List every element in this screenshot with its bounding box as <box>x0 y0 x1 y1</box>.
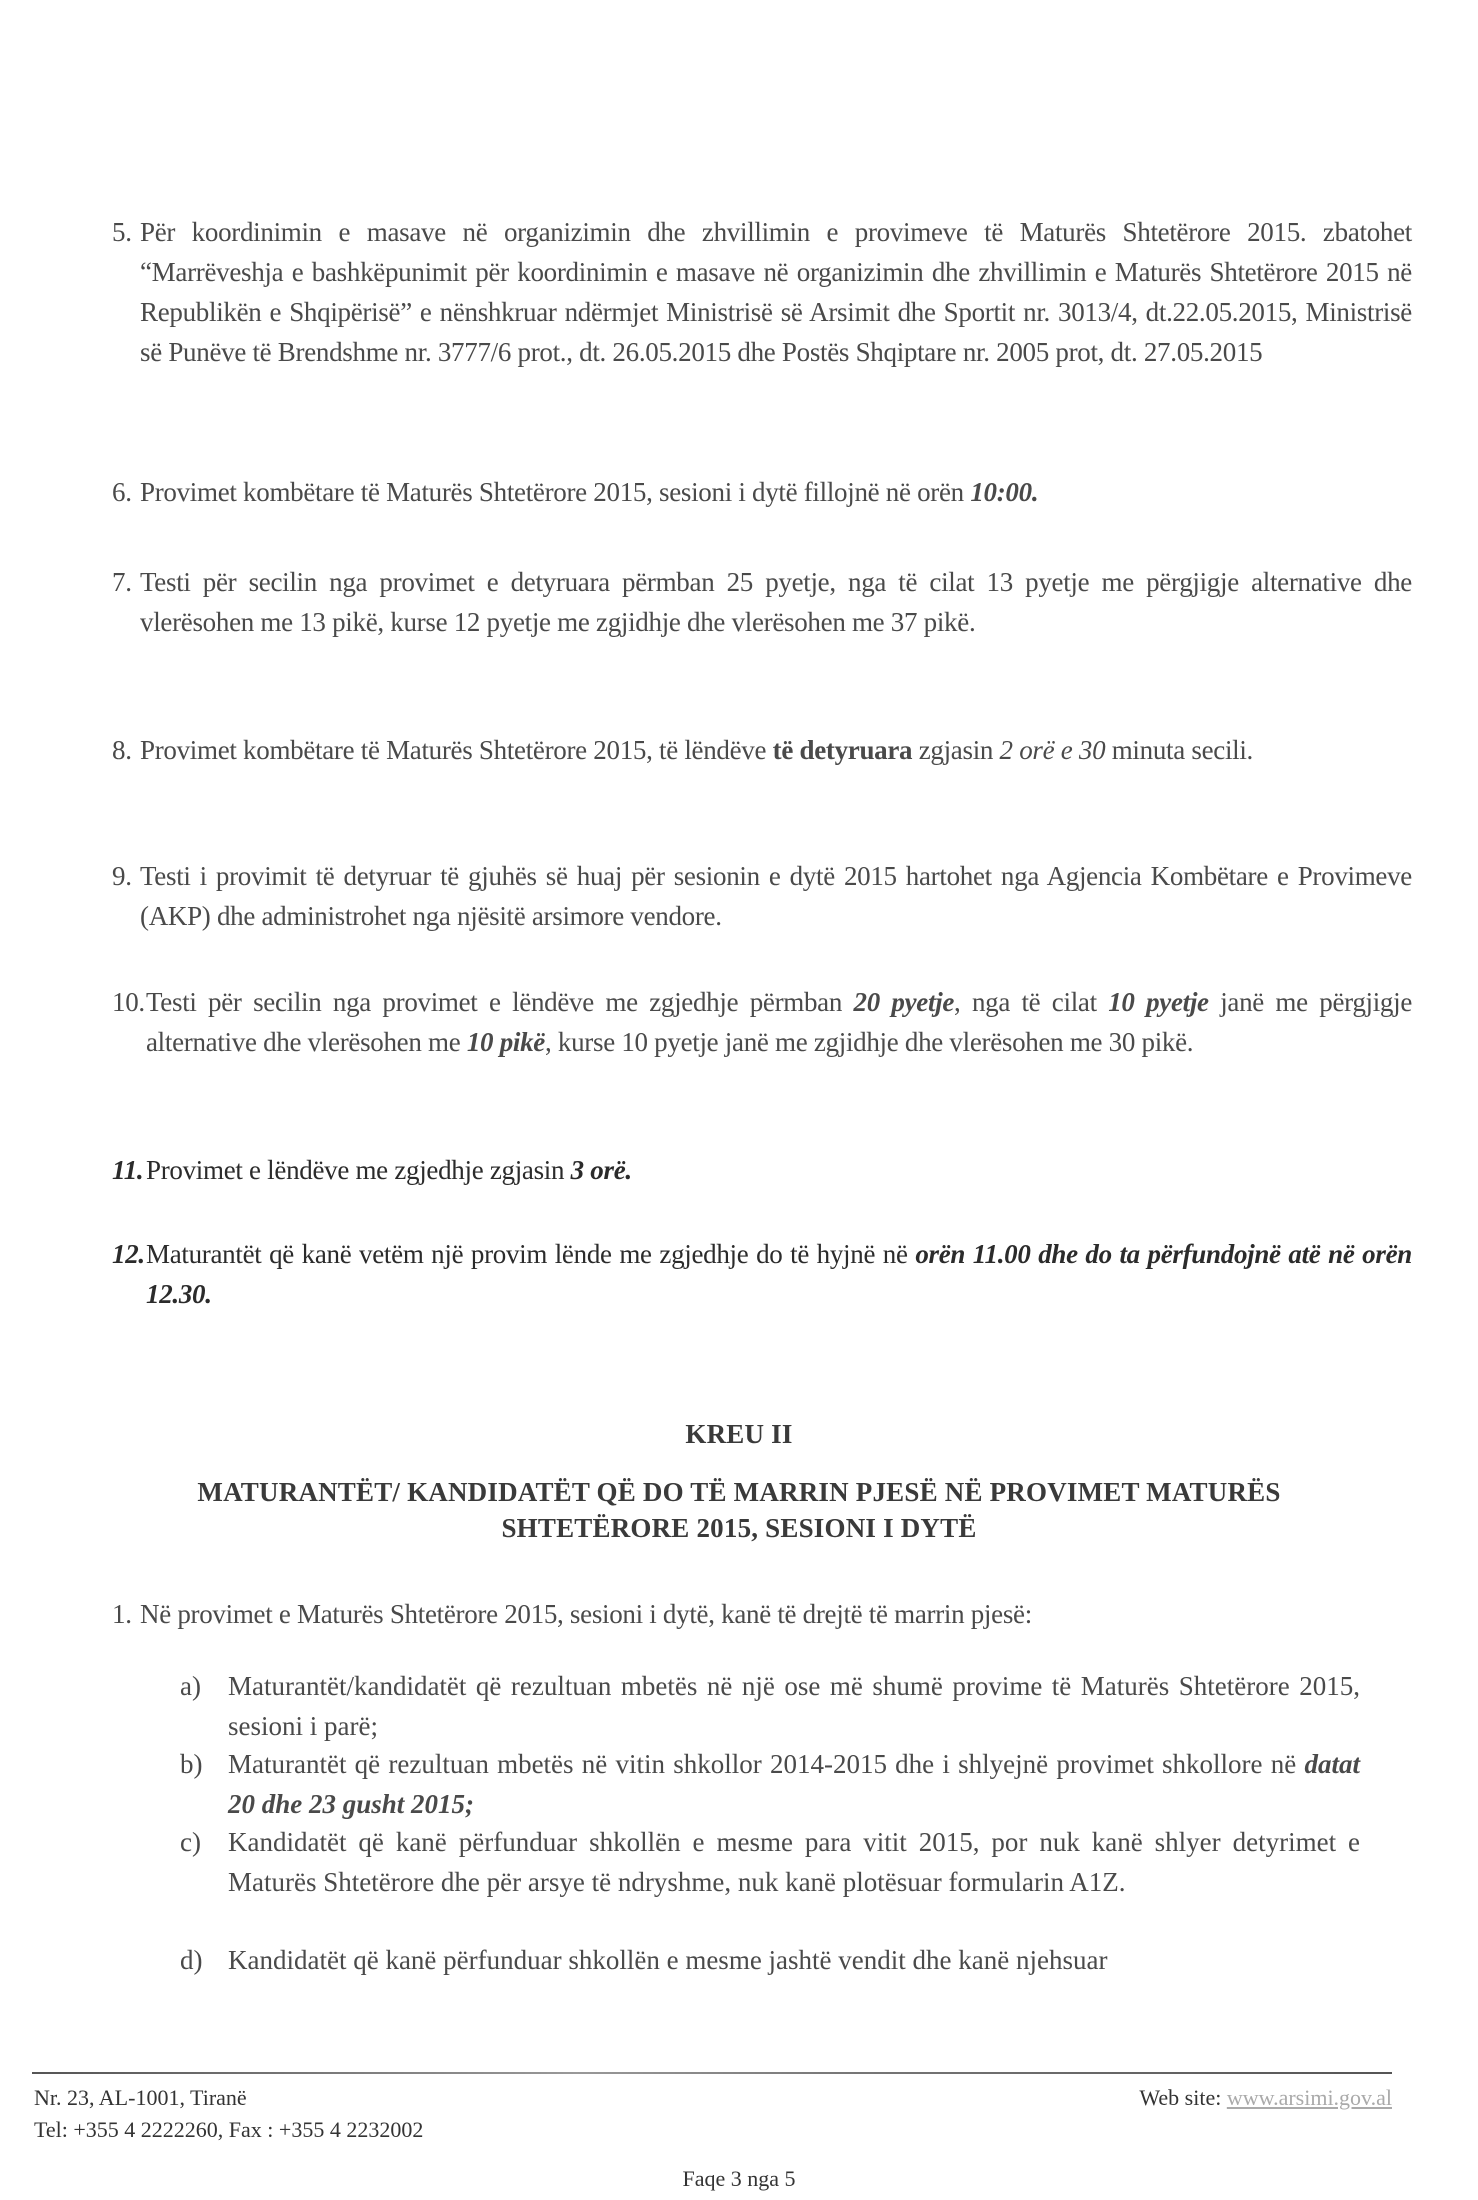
text-run: 2 orë e 30 <box>1000 735 1106 765</box>
text-run: Testi i provimit të detyruar të gjuhës s… <box>140 861 1412 931</box>
text-run: minuta secili. <box>1105 735 1253 765</box>
text-run: Për koordinimin e masave në organizimin … <box>140 217 1412 367</box>
subitem-text: Maturantët që rezultuan mbetës në vitin … <box>228 1744 1360 1824</box>
item-number: 1. <box>112 1594 152 1634</box>
subitem-label: a) <box>180 1666 201 1706</box>
list-item-7: 7. Testi për secilin nga provimet e dety… <box>112 562 1412 642</box>
item-number: 11. <box>112 1150 152 1190</box>
text-run: 20 pyetje <box>854 987 955 1017</box>
text-run: Testi për secilin nga provimet e lëndëve… <box>146 987 854 1017</box>
text-run: Maturantët që kanë vetëm një provim lënd… <box>146 1239 915 1269</box>
text-run: 10 pikë <box>467 1027 545 1057</box>
text-run: Kandidatët që kanë përfunduar shkollën e… <box>228 1945 1107 1975</box>
item-number: 5. <box>112 212 152 252</box>
subitem-text: Maturantët/kandidatët që rezultuan mbetë… <box>228 1666 1360 1746</box>
footer-website: Web site: www.arsimi.gov.al <box>1139 2082 1392 2114</box>
item-number: 7. <box>112 562 152 602</box>
footer-divider <box>32 2072 1392 2074</box>
item-text: Testi për secilin nga provimet e lëndëve… <box>146 982 1412 1062</box>
subitem-text: Kandidatët që kanë përfunduar shkollën e… <box>228 1822 1360 1902</box>
item-number: 8. <box>112 730 152 770</box>
subitem-label: b) <box>180 1744 203 1784</box>
chapter-title-line-1: MATURANTËT/ KANDIDATËT QË DO TË MARRIN P… <box>0 1474 1478 1510</box>
document-page: 5. Për koordinimin e masave në organizim… <box>0 0 1478 2200</box>
footer-phone-fax: Tel: +355 4 2222260, Fax : +355 4 223200… <box>34 2114 423 2146</box>
item-number: 6. <box>112 472 152 512</box>
website-label: Web site: <box>1139 2085 1226 2110</box>
text-run: Maturantët/kandidatët që rezultuan mbetë… <box>228 1671 1360 1741</box>
chapter-item-1: 1. Në provimet e Maturës Shtetërore 2015… <box>112 1594 1412 1634</box>
text-run: 10:00. <box>970 477 1038 507</box>
text-run: , nga të cilat <box>954 987 1108 1017</box>
item-text: Provimet kombëtare të Maturës Shtetërore… <box>140 730 1412 770</box>
page-number: Faqe 3 nga 5 <box>0 2166 1478 2192</box>
subitem-label: c) <box>180 1822 201 1862</box>
list-item-9: 9. Testi i provimit të detyruar të gjuhë… <box>112 856 1412 936</box>
subitem-text: Kandidatët që kanë përfunduar shkollën e… <box>228 1940 1360 1980</box>
text-run: Testi për secilin nga provimet e detyrua… <box>140 567 1412 637</box>
list-item-6: 6. Provimet kombëtare të Maturës Shtetër… <box>112 472 1412 512</box>
list-item-8: 8. Provimet kombëtare të Maturës Shtetër… <box>112 730 1412 770</box>
item-text: Maturantët që kanë vetëm një provim lënd… <box>146 1234 1412 1314</box>
text-run: 3 orë. <box>571 1155 632 1185</box>
text-run: 10 pyetje <box>1108 987 1209 1017</box>
footer-address: Nr. 23, AL-1001, Tiranë <box>34 2082 423 2114</box>
item-text: Testi i provimit të detyruar të gjuhës s… <box>140 856 1412 936</box>
footer-contact: Nr. 23, AL-1001, Tiranë Tel: +355 4 2222… <box>34 2082 423 2146</box>
item-text: Në provimet e Maturës Shtetërore 2015, s… <box>140 1594 1412 1634</box>
list-item-11: 11. Provimet e lëndëve me zgjedhje zgjas… <box>112 1150 1412 1190</box>
item-number: 10. <box>112 982 152 1022</box>
item-text: Provimet e lëndëve me zgjedhje zgjasin 3… <box>146 1150 1412 1190</box>
text-run: Kandidatët që kanë përfunduar shkollën e… <box>228 1827 1360 1897</box>
item-text: Për koordinimin e masave në organizimin … <box>140 212 1412 372</box>
subitem-a: a) Maturantët/kandidatët që rezultuan mb… <box>180 1666 1360 1746</box>
list-item-5: 5. Për koordinimin e masave në organizim… <box>112 212 1412 372</box>
subitem-label: d) <box>180 1940 203 1980</box>
chapter-title-line-2: SHTETËRORE 2015, SESIONI I DYTË <box>0 1510 1478 1546</box>
subitem-b: b) Maturantët që rezultuan mbetës në vit… <box>180 1744 1360 1824</box>
text-run: Provimet kombëtare të Maturës Shtetërore… <box>140 735 773 765</box>
website-link[interactable]: www.arsimi.gov.al <box>1227 2085 1392 2110</box>
text-run: , kurse 10 pyetje janë me zgjidhje dhe v… <box>545 1027 1193 1057</box>
subitem-c: c) Kandidatët që kanë përfunduar shkollë… <box>180 1822 1360 1902</box>
item-number: 12. <box>112 1234 152 1274</box>
list-item-10: 10. Testi për secilin nga provimet e lën… <box>112 982 1412 1062</box>
text-run: Provimet e lëndëve me zgjedhje zgjasin <box>146 1155 571 1185</box>
list-item-12: 12. Maturantët që kanë vetëm një provim … <box>112 1234 1412 1314</box>
text-run: Provimet kombëtare të Maturës Shtetërore… <box>140 477 970 507</box>
text-run: të detyruara <box>773 735 913 765</box>
chapter-label: KREU II <box>0 1416 1478 1452</box>
text-run: Maturantët që rezultuan mbetës në vitin … <box>228 1749 1304 1779</box>
item-number: 9. <box>112 856 152 896</box>
text-run: zgjasin <box>912 735 999 765</box>
item-text: Testi për secilin nga provimet e detyrua… <box>140 562 1412 642</box>
subitem-d: d) Kandidatët që kanë përfunduar shkollë… <box>180 1940 1360 1980</box>
item-text: Provimet kombëtare të Maturës Shtetërore… <box>140 472 1412 512</box>
